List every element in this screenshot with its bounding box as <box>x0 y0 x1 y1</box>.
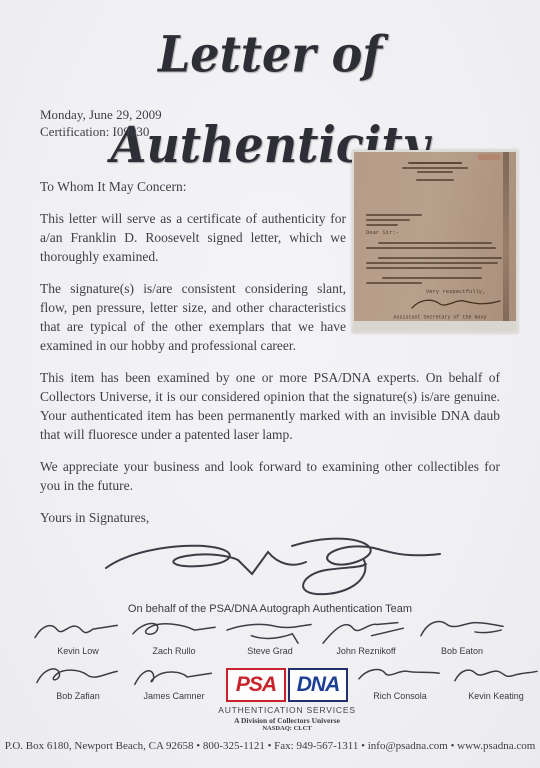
signer-name: Bob Zafian <box>56 691 100 701</box>
signer-name: Steve Grad <box>247 646 293 656</box>
signer-rich-consola: Rich Consola <box>352 662 448 732</box>
kevin-low-signature-icon <box>30 617 126 645</box>
body-paragraph-4: We appreciate your business and look for… <box>40 457 500 495</box>
inset-letterhead-line <box>402 167 468 169</box>
letter-of-authenticity-document: Letter of Authenticity Monday, June 29, … <box>0 0 540 768</box>
inset-paper-crease <box>503 152 509 321</box>
signer-kevin-keating: Kevin Keating <box>448 662 540 732</box>
signer-name: Zach Rullo <box>152 646 195 656</box>
signer-bob-eaton: Bob Eaton <box>414 617 510 656</box>
closing-line: Yours in Signatures, <box>40 508 500 527</box>
letter-body: To Whom It May Concern: This letter will… <box>40 177 500 540</box>
signer-james-camner: James Camner <box>126 662 222 732</box>
signer-row-2: Bob Zafian James Camner PSA DNA AUTHENTI… <box>30 662 510 732</box>
salutation: To Whom It May Concern: <box>40 177 500 196</box>
rich-consola-signature-icon <box>352 662 448 690</box>
signer-name: Kevin Low <box>57 646 99 656</box>
body-paragraph-3: This item has been examined by one or mo… <box>40 368 500 444</box>
certification-number: Certification: I09030 <box>40 123 162 140</box>
logo-tagline: AUTHENTICATION SERVICES <box>218 705 356 715</box>
signer-name: Rich Consola <box>373 691 427 701</box>
body-paragraph-1: This letter will serve as a certificate … <box>40 209 346 266</box>
signer-name: Kevin Keating <box>468 691 524 701</box>
bob-zafian-signature-icon <box>30 662 126 690</box>
inset-letterhead-line <box>417 171 453 173</box>
date-certification-block: Monday, June 29, 2009 Certification: I09… <box>40 106 162 140</box>
james-camner-signature-icon <box>126 662 222 690</box>
inset-corner-stamp <box>478 154 500 160</box>
page-title: Letter of Authenticity <box>0 9 540 100</box>
signer-name: John Reznikoff <box>336 646 395 656</box>
signer-john-reznikoff: John Reznikoff <box>318 617 414 656</box>
dna-logo-text: DNA <box>288 668 348 702</box>
logo-nasdaq-line: NASDAQ: CLCT <box>262 725 311 732</box>
inset-letterhead-line <box>408 162 462 164</box>
signer-name: James Camner <box>143 691 204 701</box>
team-credit-line: On behalf of the PSA/DNA Autograph Authe… <box>0 603 540 615</box>
signer-steve-grad: Steve Grad <box>222 617 318 656</box>
psa-logo-text: PSA <box>226 668 286 702</box>
john-reznikoff-signature-icon <box>318 617 414 645</box>
date-line: Monday, June 29, 2009 <box>40 106 162 123</box>
logo-division-line: A Division of Collectors Universe <box>234 716 340 725</box>
kevin-keating-signature-icon <box>448 662 540 690</box>
authenticator-signature-icon <box>102 532 442 614</box>
signer-kevin-low: Kevin Low <box>30 617 126 656</box>
signer-bob-zafian: Bob Zafian <box>30 662 126 732</box>
steve-grad-signature-icon <box>222 617 318 645</box>
signer-name: Bob Eaton <box>441 646 483 656</box>
psa-dna-logo-box: PSA DNA <box>226 668 348 702</box>
signer-zach-rullo: Zach Rullo <box>126 617 222 656</box>
body-paragraph-2: The signature(s) is/are consistent consi… <box>40 279 346 355</box>
bob-eaton-signature-icon <box>414 617 510 645</box>
contact-footer: P.O. Box 6180, Newport Beach, CA 92658 •… <box>0 740 540 752</box>
signer-row-1: Kevin Low Zach Rullo Steve Grad John Rez… <box>30 617 510 656</box>
zach-rullo-signature-icon <box>126 617 222 645</box>
psa-dna-logo: PSA DNA AUTHENTICATION SERVICES A Divisi… <box>222 668 352 732</box>
